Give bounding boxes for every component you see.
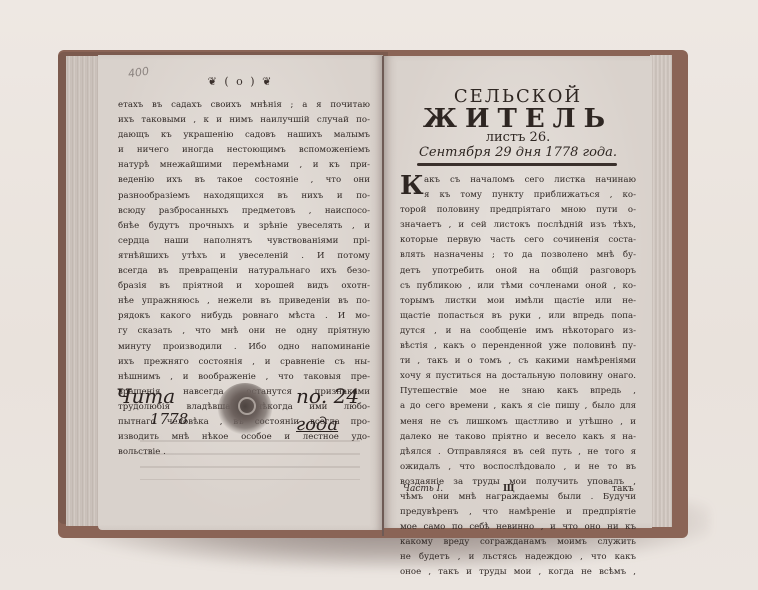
text-line: веденію ихъ въ такое состояніе , что они — [118, 173, 370, 188]
text-line: ожидалъ , что воспослѣдовало , и не то в… — [400, 460, 636, 475]
text-line: торой половину предпріятаго мною пути о- — [400, 203, 636, 218]
text-line: а до сего времени , какъ я сіе пишу , бы… — [400, 399, 636, 414]
text-line: ихъ прежняго состоянія , и сравненіе съ … — [118, 355, 370, 370]
text-line: разнообразіемъ находящихся въ нихъ и по- — [118, 189, 370, 204]
text-line: меня не съ лишкомъ щастливо и утѣшно , и — [400, 415, 636, 430]
text-line: всегда въ превращеніи натуральнаго ихъ б… — [118, 264, 370, 279]
text-line: щастіе попасться въ руки , или впредь по… — [400, 309, 636, 324]
bleed-through-text — [140, 440, 360, 480]
text-line: значаетъ , и сей листокъ послѣдній изъ т… — [400, 218, 636, 233]
text-line: оное , такъ и труды мои , когда не всѣмъ… — [400, 565, 636, 580]
text-line: минуту производили . Ибо одно напоминані… — [118, 340, 370, 355]
text-line: вѣстія , какъ о перенденной уже половинѣ… — [400, 339, 636, 354]
text-line: бразія въ пріятной и хорошей видъ охотн- — [118, 279, 370, 294]
text-line: Путешествіе мое не знаю какъ впредь , — [400, 384, 636, 399]
text-line: ятнѣйшихъ утѣхъ и увеселеній . И потому — [118, 249, 370, 264]
page-edges-left — [66, 56, 100, 526]
text-line: и ничего иногда нестоющимъ вспоможеніемъ — [118, 143, 370, 158]
ornamental-rule — [417, 163, 617, 166]
text-line: хочу я пуститься на достальную половину … — [400, 369, 636, 384]
handwriting-word2: года — [296, 414, 338, 435]
text-line: рядокъ какого нибудь ровнаго мѣста . И м… — [118, 309, 370, 324]
handwriting-word1: Чита — [116, 384, 175, 408]
text-line: гу сказать , что мнѣ они не одну пріятну… — [118, 324, 370, 339]
text-line: бнѣе будутъ прочныхъ и зрѣніе увеселять … — [118, 219, 370, 234]
footer-part: Часть I. — [403, 484, 443, 494]
text-line: сердца наши наполнятъ чувствованіями прі… — [118, 234, 370, 249]
text-line: съ публикою , или тѣми сочленами оной , … — [400, 279, 636, 294]
footer-catchword: такъ — [612, 484, 634, 494]
text-line: которые первую часть сего сочиненія сост… — [400, 233, 636, 248]
text-line: детъ употребить оной на общій разговоръ — [400, 264, 636, 279]
right-page-text: акъ съ началомъ сего листка начинаюя къ … — [400, 173, 636, 581]
text-line: торымъ листки мои имѣли щастіе или не- — [400, 294, 636, 309]
text-line: мое само по себѣ невинно , и что оно ни … — [400, 520, 636, 535]
issue-number: листъ 26. — [384, 130, 652, 145]
running-head: ❦ ( о ) ❦ — [98, 75, 383, 88]
text-line: дающъ къ украшенію садовъ нашихъ малымъ — [118, 128, 370, 143]
text-line: предувѣренъ , что намѣреніе и предпріяті… — [400, 505, 636, 520]
text-line: далеко не таково пріятно и весело какъ я… — [400, 430, 636, 445]
text-line: нѣе упражняюсь , нежели въ приведеніи въ… — [118, 294, 370, 309]
text-line: всюду разбросанныхъ предметовъ , наиспос… — [118, 204, 370, 219]
text-line: я къ тому пункту приближаться , ко- — [400, 188, 636, 203]
page-edges-right — [650, 55, 672, 527]
text-line: ихъ таковыми , к и нимъ наилучшій случай… — [118, 113, 370, 128]
text-line: етахъ въ садахъ своихъ мнѣнія ; а я почи… — [118, 98, 370, 113]
text-line: натурѣ мнежайшими перемѣнами , и къ при- — [118, 158, 370, 173]
handwriting-year: 1778 — [150, 410, 188, 428]
text-line: акъ съ началомъ сего листка начинаю — [400, 173, 636, 188]
text-line: дутся , и на сообщеніе имъ нѣкотораго из… — [400, 324, 636, 339]
handwriting-number: по. 24 — [296, 384, 359, 408]
text-line: не будетъ , и льстясь надеждою , что как… — [400, 550, 636, 565]
text-line: ти , такъ и о томъ , съ какими намѣренія… — [400, 354, 636, 369]
text-line: влять назначены ; то да позволено мнѣ бу… — [400, 248, 636, 263]
issue-date: Сентября 29 дня 1778 года. — [384, 145, 652, 160]
ornamental-stamp — [218, 383, 272, 435]
text-line: какому вреду согражданамъ моимъ служить — [400, 535, 636, 550]
footer-signature: Щ — [503, 484, 515, 494]
text-line: дѣялся . Отправляяся въ сей путь , не то… — [400, 445, 636, 460]
